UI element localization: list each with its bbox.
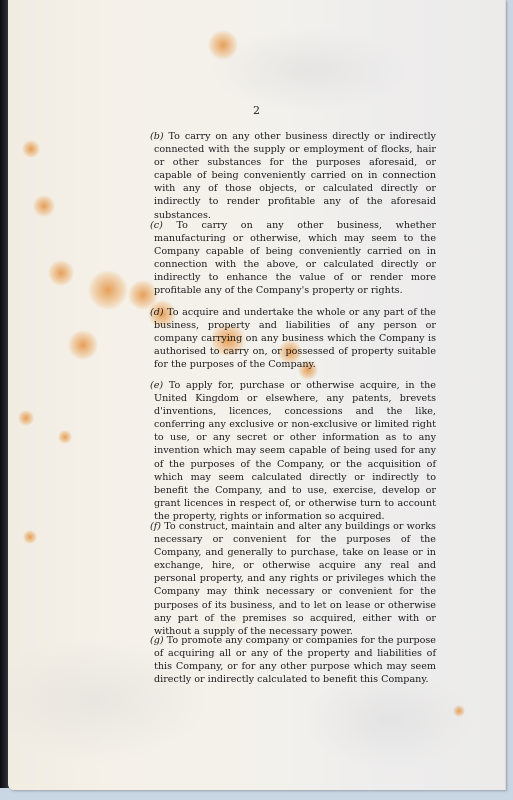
- foxing-stain: [22, 140, 40, 158]
- clause-c: (c) To carry on any other business, whet…: [150, 219, 436, 298]
- foxing-stain: [208, 30, 238, 60]
- clause-label: (f): [150, 521, 161, 532]
- clause-text: To carry on any other business, whether …: [154, 220, 436, 296]
- clause-label: (b): [150, 131, 164, 142]
- foxing-stain: [33, 195, 55, 217]
- clause-d: (d) To acquire and undertake the whole o…: [150, 306, 436, 371]
- foxing-stain: [48, 260, 74, 286]
- clause-text: To acquire and undertake the whole or an…: [154, 307, 436, 370]
- clause-text: To construct, maintain and alter any bui…: [154, 521, 436, 637]
- foxing-stain: [88, 270, 128, 310]
- clause-text: To promote any company or companies for …: [154, 635, 436, 685]
- clause-label: (e): [150, 380, 163, 391]
- clause-label: (d): [150, 307, 164, 318]
- foxing-stain: [68, 330, 98, 360]
- foxing-stain: [23, 530, 37, 544]
- clause-f: (f) To construct, maintain and alter any…: [150, 520, 436, 638]
- clause-text: To apply for, purchase or otherwise acqu…: [154, 380, 436, 522]
- clause-label: (g): [150, 635, 164, 646]
- foxing-stain: [58, 430, 72, 444]
- page-number: 2: [0, 104, 513, 117]
- foxing-stain: [18, 410, 34, 426]
- clause-b: (b) To carry on any other business direc…: [150, 130, 436, 222]
- foxing-stain: [453, 705, 465, 717]
- clause-g: (g) To promote any company or companies …: [150, 634, 436, 686]
- clause-e: (e) To apply for, purchase or otherwise …: [150, 379, 436, 523]
- clause-label: (c): [150, 220, 163, 231]
- clause-text: To carry on any other business directly …: [154, 131, 436, 221]
